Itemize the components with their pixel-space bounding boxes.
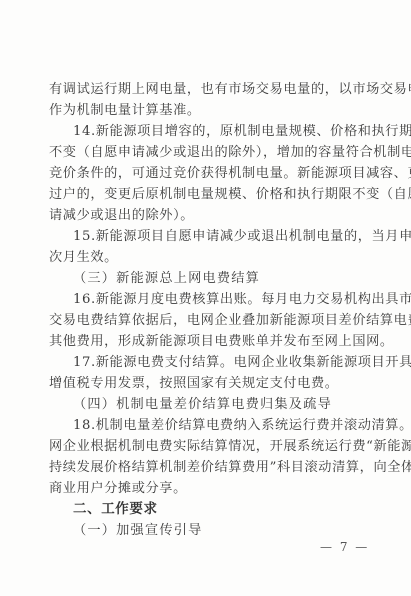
paragraph-15-start: 15.新能源项目自愿申请减少或退出机制电量的，当月申请	[49, 226, 363, 247]
section-heading-work-requirements: 二、工作要求	[49, 499, 363, 520]
paragraph-16-start: 16.新能源月度电费核算出账。每月电力交易机构出具市场	[49, 289, 363, 310]
text-line: 持续发展价格结算机制差价结算费用”科目滚动清算，向全体工	[49, 457, 363, 478]
text-line: 竞价条件的，可通过竞价获得机制电量。新能源项目减容、更名、	[49, 163, 363, 184]
section-heading-4: （四）机制电量差价结算电费归集及疏导	[49, 394, 363, 415]
paragraph-18-start: 18.机制电量差价结算电费纳入系统运行费并滚动清算。电	[49, 415, 363, 436]
text-line: 不变（自愿申请减少或退出的除外），增加的容量符合机制电量	[49, 142, 363, 163]
paragraph-17-start: 17.新能源电费支付结算。电网企业收集新能源项目开具的	[49, 352, 363, 373]
text-line: 过户的，变更后原机制电量规模、价格和执行期限不变（自愿申	[49, 184, 363, 205]
text-line: 作为机制电量计算基准。	[49, 100, 363, 121]
text-line: 网企业根据机制电费实际结算情况，开展系统运行费“新能源可	[49, 436, 363, 457]
text-line: 其他费用，形成新能源项目电费账单并发布至网上国网。	[49, 331, 363, 352]
text-line: 请减少或退出的除外）。	[49, 205, 363, 226]
paragraph-14-start: 14.新能源项目增容的，原机制电量规模、价格和执行期限	[49, 121, 363, 142]
section-heading-3: （三）新能源总上网电费结算	[49, 268, 363, 289]
text-line: 次月生效。	[49, 247, 363, 268]
page-number: — 7 —	[320, 540, 369, 554]
text-line: 有调试运行期上网电量，也有市场交易电量的，以市场交易电量	[49, 79, 363, 100]
text-line: 交易电费结算依据后，电网企业叠加新能源项目差价结算电费等	[49, 310, 363, 331]
text-line: 商业用户分摊或分享。	[49, 478, 363, 499]
subsection-heading-1: （一）加强宣传引导	[49, 520, 363, 541]
text-line: 增值税专用发票，按照国家有关规定支付电费。	[49, 373, 363, 394]
document-page: 有调试运行期上网电量，也有市场交易电量的，以市场交易电量 作为机制电量计算基准。…	[49, 79, 363, 541]
